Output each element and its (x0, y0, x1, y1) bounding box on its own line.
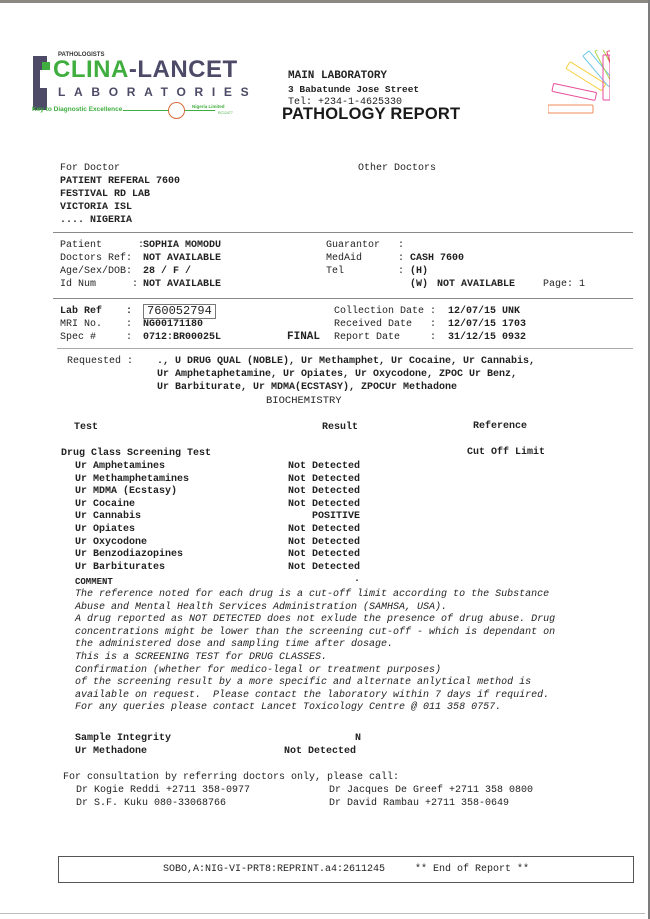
other-doctors-label: Other Doctors (358, 163, 436, 176)
result-value: Not Detected (284, 562, 360, 575)
lab-ref-value-box: 760052794 (143, 304, 216, 320)
final-status: FINAL (287, 331, 320, 344)
print-code: SOBO,A:NIG-VI-PRT8:REPRINT.a4:2611245 (163, 864, 385, 875)
test-group-reference: Cut Off Limit (467, 447, 545, 460)
divider (53, 298, 633, 299)
lab-address: 3 Babatunde Jose Street (288, 84, 419, 95)
doctors-ref-value: NOT AVAILABLE (143, 253, 221, 266)
logo-name: CLINA-LANCET (53, 57, 238, 83)
medaid-label: MedAid : (326, 253, 404, 266)
guarantor-label: Guarantor : (326, 240, 404, 253)
tel-home: (H) (410, 266, 428, 279)
result-value: POSITIVE (284, 511, 360, 524)
mri-value: NG00171180 (143, 319, 203, 332)
doctor-line: .... NIGERIA (60, 215, 132, 228)
result-value: Not Detected (284, 474, 360, 487)
comment-line: concentrations might be lower than the s… (75, 627, 555, 640)
methadone-label: Ur Methadone (75, 746, 147, 759)
result-test-name: Ur Cocaine (75, 499, 135, 512)
comment-line: A drug reported as NOT DETECTED does not… (75, 614, 555, 627)
doctor-line: VICTORIA ISL (60, 202, 132, 215)
result-value: Not Detected (284, 499, 360, 512)
col-header-result: Result (322, 422, 358, 435)
requested-line: ., U DRUG QUAL (NOBLE), Ur Methamphet, U… (157, 356, 535, 369)
comment-line: Abuse and Mental Health Services Adminis… (75, 602, 447, 615)
scan-top-edge (0, 0, 650, 3)
divider (53, 232, 633, 233)
comment-line: This is a SCREENING TEST for DRUG CLASSE… (75, 652, 327, 665)
end-of-report: ** End of Report ** (415, 864, 529, 875)
comment-line: For any queries please contact Lancet To… (75, 702, 501, 715)
spec-value: 0712:BR00025L (143, 332, 221, 345)
logo-company: Nigeria Limited (192, 104, 225, 109)
age-sex-dob-label: Age/Sex/DOB: (60, 266, 132, 279)
tel-work-value: NOT AVAILABLE (437, 279, 515, 292)
consultation-contact: Dr Kogie Reddi +2711 358-0977 (76, 785, 250, 798)
section-title: BIOCHEMISTRY (266, 395, 342, 408)
fan-books-icon (548, 50, 610, 120)
methadone-result: Not Detected (284, 746, 356, 759)
comment-line: available on request. Please contact the… (75, 690, 549, 703)
age-sex-dob-value: 28 / F / (143, 266, 191, 279)
lab-name: MAIN LABORATORY (288, 70, 387, 82)
sample-integrity-value: N (355, 733, 361, 746)
result-test-name: Ur Oxycodone (75, 537, 147, 550)
result-value: Not Detected (284, 486, 360, 499)
requested-line: Ur Barbiturate, Ur MDMA(ECSTASY), ZPOCUr… (157, 382, 457, 395)
report-title: PATHOLOGY REPORT (282, 105, 460, 124)
result-test-name: Ur Methamphetamines (75, 474, 189, 487)
test-group-name: Drug Class Screening Test (61, 448, 211, 461)
consultation-contact: Dr S.F. Kuku 080-33068766 (76, 798, 226, 811)
comment-line: The reference noted for each drug is a c… (75, 589, 549, 602)
medaid-value: CASH 7600 (410, 253, 464, 266)
tel-label: Tel : (326, 266, 404, 279)
doctor-line: FESTIVAL RD LAB (60, 189, 150, 202)
logo-subtitle: LABORATORIES (58, 85, 257, 99)
logo-seal-icon (168, 102, 185, 119)
report-date-label: Report Date : (334, 332, 436, 345)
logo-name-part2: LANCET (137, 56, 237, 83)
collection-date-value: 12/07/15 UNK (448, 306, 520, 319)
report-date-value: 31/12/15 0932 (448, 332, 526, 345)
logo-tagline: Key to Diagnostic Excellence (32, 106, 122, 113)
received-date-label: Received Date : (334, 319, 436, 332)
id-num-label: Id Num : (60, 279, 138, 292)
requested-line: Ur Amphetaphetamine, Ur Opiates, Ur Oxyc… (157, 369, 517, 382)
result-value: Not Detected (284, 524, 360, 537)
logo-emblem-cut (40, 70, 47, 88)
patient-name: SOPHIA MOMODU (143, 240, 221, 253)
for-doctor-label: For Doctor (60, 163, 120, 176)
requested-label: Requested : (67, 356, 133, 369)
divider (57, 348, 633, 349)
logo-name-part1: CLINA (53, 56, 129, 83)
logo-emblem-accent (42, 62, 50, 70)
lab-ref-label: Lab Ref : (60, 306, 132, 319)
result-test-name: Ur Barbiturates (75, 562, 165, 575)
sample-integrity-label: Sample Integrity (75, 733, 171, 746)
tel-work-label: (W) (410, 279, 428, 292)
doctor-line: PATIENT REFERAL 7600 (60, 176, 180, 189)
result-test-name: Ur Opiates (75, 524, 135, 537)
collection-date-label: Collection Date : (334, 306, 436, 319)
col-header-reference: Reference (473, 421, 527, 434)
patient-label: Patient : (60, 240, 144, 253)
result-value: Not Detected (284, 549, 360, 562)
scan-bottom-edge (0, 913, 645, 914)
result-test-name: Ur Amphetamines (75, 461, 165, 474)
result-test-name: Ur Cannabis (75, 511, 141, 524)
spec-label: Spec # : (60, 332, 132, 345)
logo-rc: RC12477 (218, 111, 233, 115)
result-test-name: Ur Benzodiazopines (75, 549, 183, 562)
comment-line: the administered dose and sampling time … (75, 639, 393, 652)
lab-ref-value: 760052794 (143, 304, 216, 319)
footer-text: SOBO,A:NIG-VI-PRT8:REPRINT.a4:2611245 **… (59, 864, 633, 875)
consultation-intro: For consultation by referring doctors on… (63, 772, 399, 785)
consultation-contact: Dr David Rambau +2711 358-0649 (329, 798, 509, 811)
result-value: Not Detected (284, 537, 360, 550)
comment-label: COMMENT (75, 576, 113, 589)
received-date-value: 12/07/15 1703 (448, 319, 526, 332)
result-test-name: Ur MDMA (Ecstasy) (75, 486, 177, 499)
report-footer: SOBO,A:NIG-VI-PRT8:REPRINT.a4:2611245 **… (58, 856, 634, 883)
id-num-value: NOT AVAILABLE (143, 279, 221, 292)
result-value: Not Detected (284, 461, 360, 474)
comment-line: of the screening result by a more specif… (75, 677, 531, 690)
page-number: Page: 1 (543, 279, 585, 292)
comment-dot: . (354, 574, 360, 587)
mri-label: MRI No. : (60, 319, 132, 332)
comment-line: Confirmation (whether for medico-legal o… (75, 665, 441, 678)
doctors-ref-label: Doctors Ref: (60, 253, 132, 266)
col-header-test: Test (74, 422, 98, 435)
consultation-contact: Dr Jacques De Greef +2711 358 0800 (329, 785, 533, 798)
